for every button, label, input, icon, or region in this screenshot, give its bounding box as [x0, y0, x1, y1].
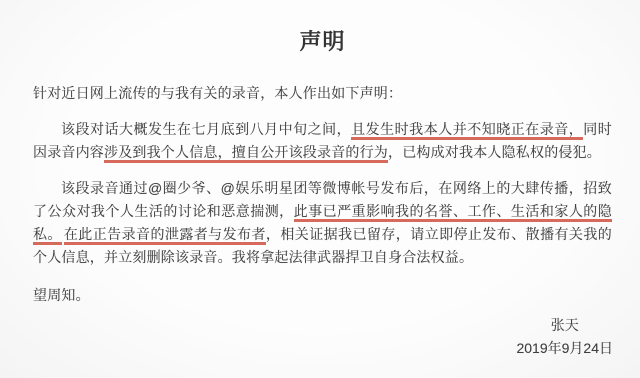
statement-document: 声明 针对近日网上流传的与我有关的录音，本人作出如下声明： 该段对话大概发生在七… [0, 0, 640, 378]
text-segment: 了公众对我个人生活的讨论和恶意揣测， [33, 203, 294, 219]
text-line: 因录音内容涉及到我个人信息，擅自公开该段录音的行为，已构成对我本人隐私权的侵犯。 [33, 141, 612, 164]
signature-name: 张天 [516, 314, 613, 337]
red-underlined-text: 且发生时我本人并不知晓正在录音， [351, 121, 583, 140]
red-underlined-text: 涉及到我个人信息，擅自公开该段录音的行为 [104, 144, 388, 163]
text-segment: 该段对话大概发生在七月底到八月中旬之间， [61, 121, 351, 137]
text-line: 了公众对我个人生活的讨论和恶意揣测，此事已严重影响我的名誉、工作、生活和家人的隐 [33, 200, 612, 223]
text-segment: 因录音内容 [33, 144, 104, 160]
text-segment: ，已构成对我本人隐私权的侵犯。 [388, 144, 601, 160]
signature-block: 张天 2019年9月24日 [516, 314, 613, 360]
text-segment: 该段录音通过@圈少爷、@娱乐明星团等微博帐号发布后，在网络上的大肆传播，招致 [61, 180, 612, 196]
red-underlined-text: 私。 [33, 226, 62, 245]
text-line: 个人信息，并立刻删除该录音。我将拿起法律武器捍卫自身合法权益。 [33, 246, 612, 269]
text-line: 私。在此正告录音的泄露者与发布者，相关证据我已留存，请立即停止发布、散播有关我的 [33, 223, 612, 246]
text-segment: ，相关证据我已留存，请立即停止发布、散播有关我的 [266, 226, 612, 242]
statement-intro-line: 针对近日网上流传的与我有关的录音，本人作出如下声明： [33, 82, 612, 105]
text-segment: 同时 [583, 121, 612, 137]
paragraph-2: 该段录音通过@圈少爷、@娱乐明星团等微博帐号发布后，在网络上的大肆传播，招致 了… [33, 177, 612, 269]
closing-line: 望周知。 [33, 284, 612, 307]
text-segment: 个人信息，并立刻删除该录音。我将拿起法律武器捍卫自身合法权益。 [33, 249, 473, 265]
signature-date: 2019年9月24日 [516, 337, 613, 360]
text-line: 该段录音通过@圈少爷、@娱乐明星团等微博帐号发布后，在网络上的大肆传播，招致 [33, 177, 612, 200]
statement-title: 声明 [33, 29, 612, 55]
paragraph-1: 该段对话大概发生在七月底到八月中旬之间，且发生时我本人并不知晓正在录音，同时 因… [33, 118, 612, 164]
red-underlined-text: 此事已严重影响我的名誉、工作、生活和家人的隐 [294, 203, 612, 222]
red-underlined-text: 在此正告录音的泄露者与发布者 [64, 226, 266, 245]
text-line: 该段对话大概发生在七月底到八月中旬之间，且发生时我本人并不知晓正在录音，同时 [33, 118, 612, 141]
